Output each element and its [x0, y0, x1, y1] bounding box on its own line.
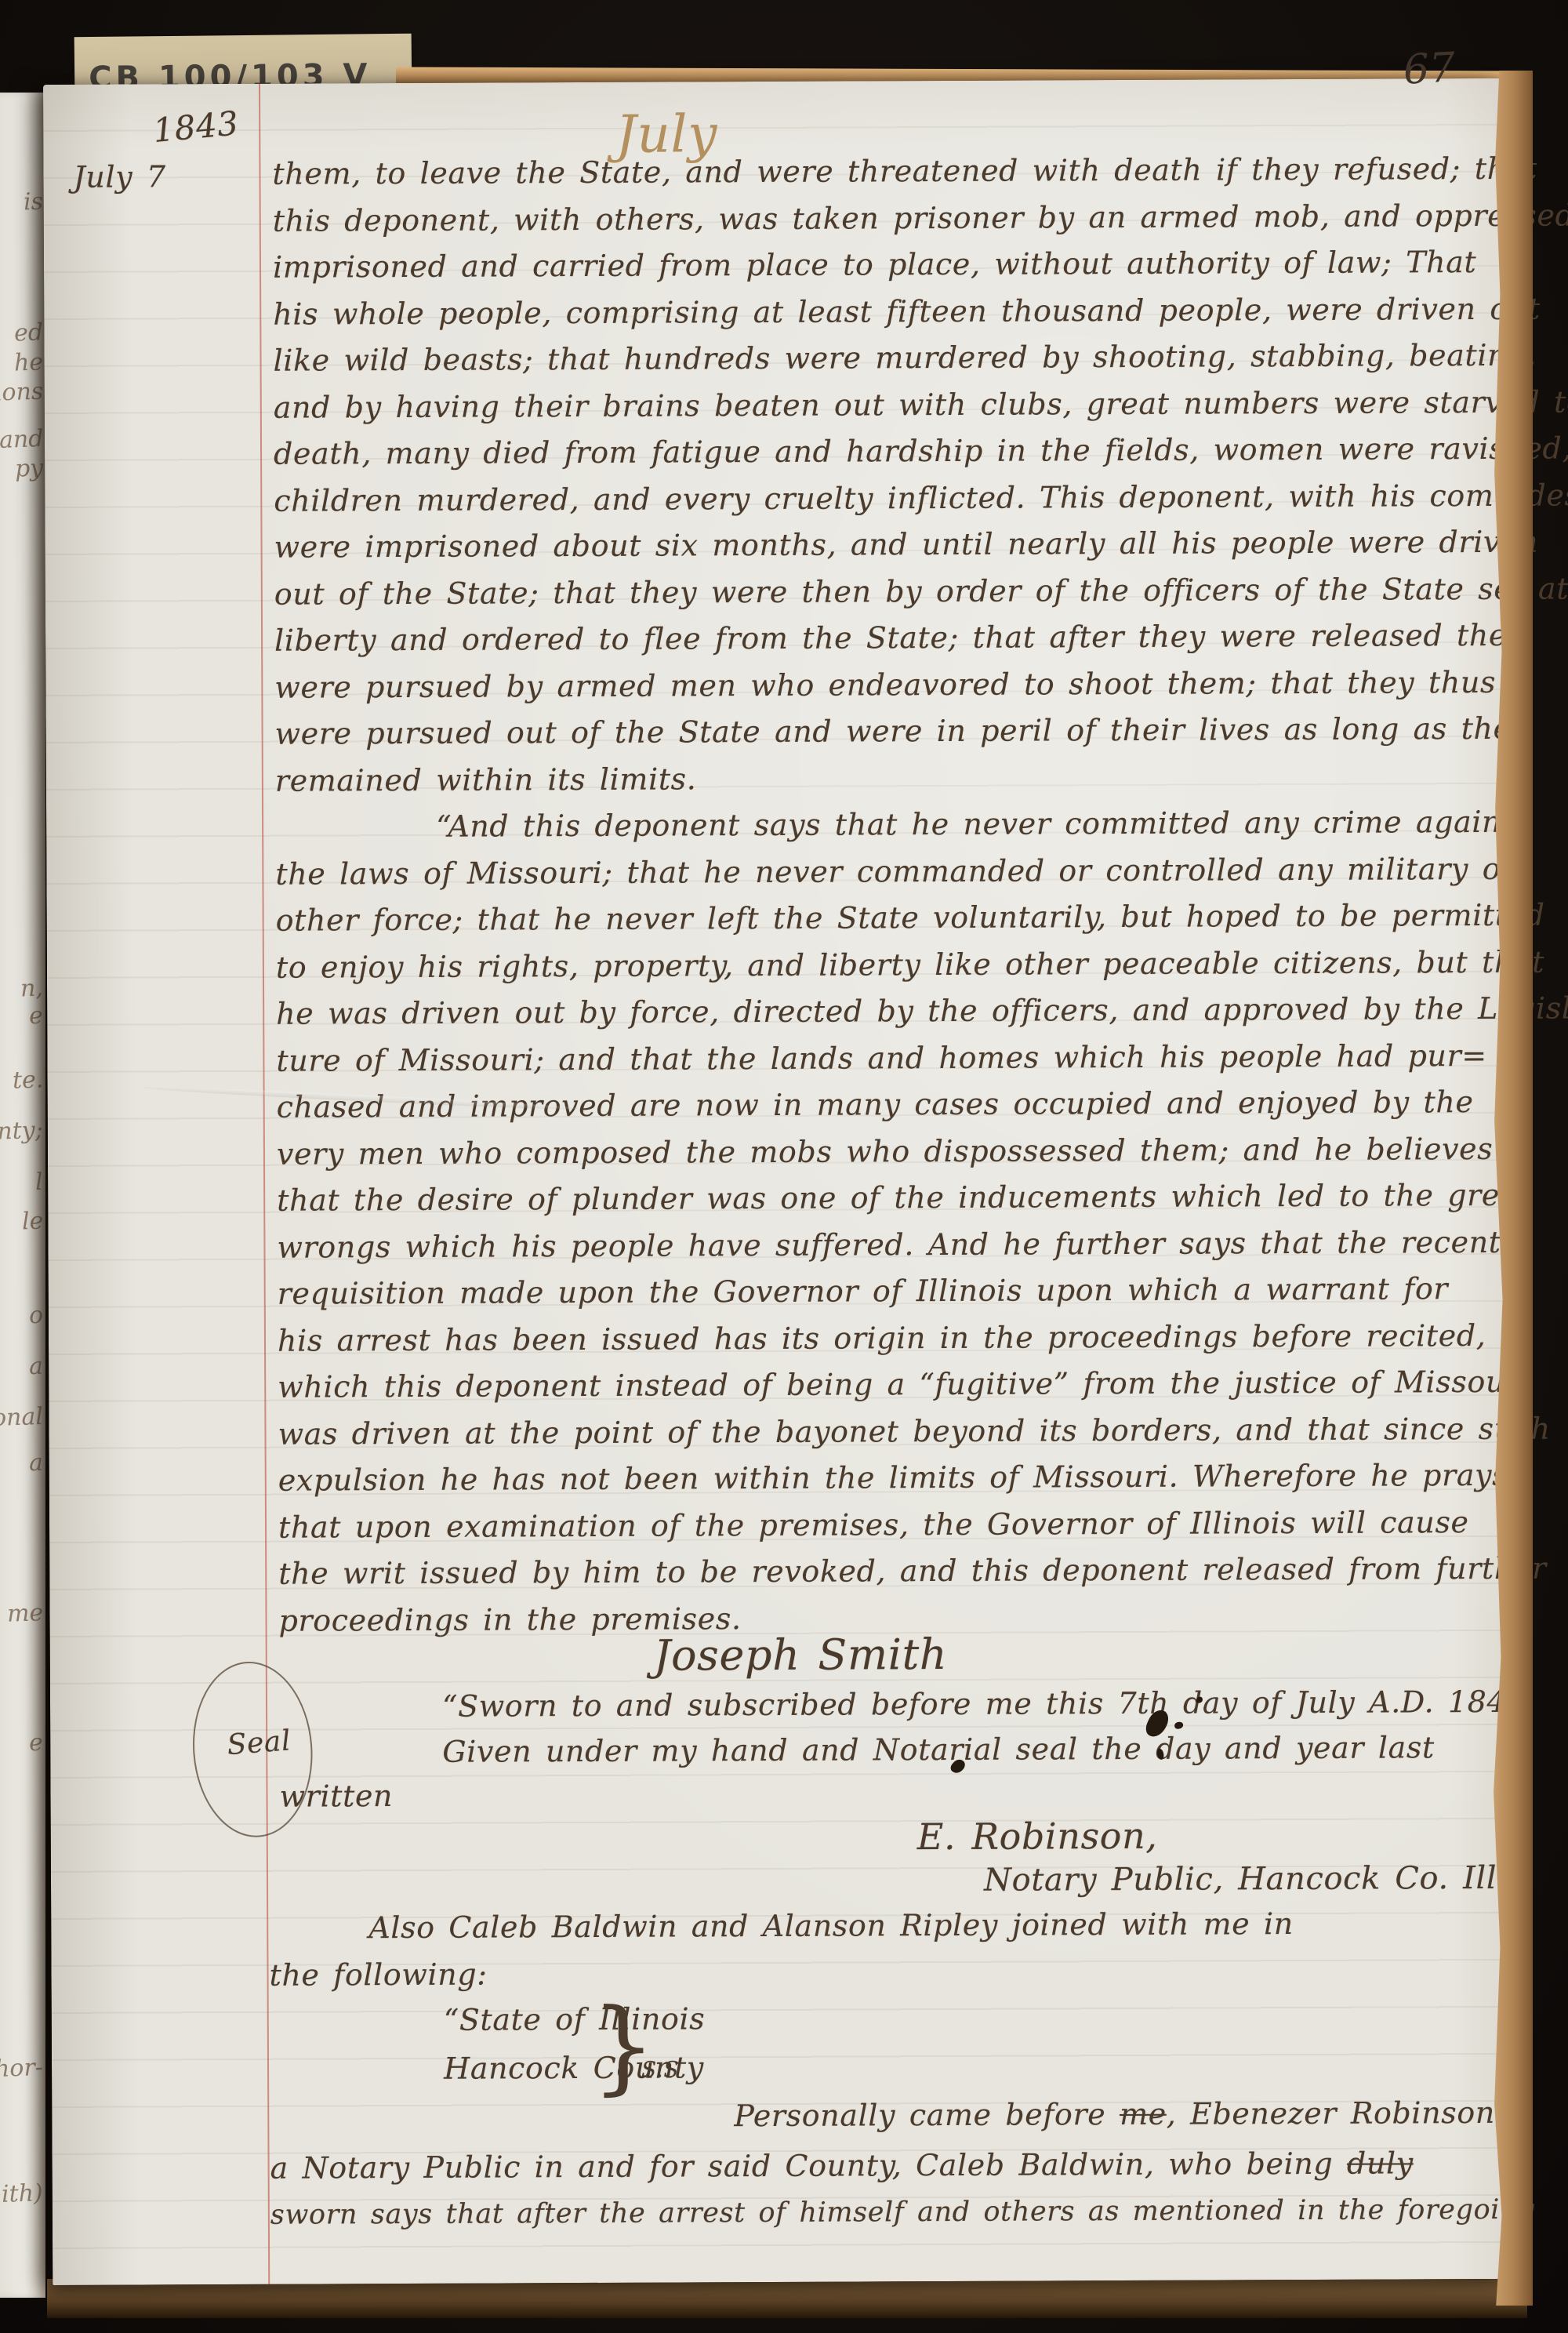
manuscript-line: were imprisoned about six months, and un… [274, 525, 1538, 565]
previous-page-fragment: me [6, 1599, 43, 1628]
manuscript-line: children murdered, and every cruelty inf… [274, 478, 1568, 518]
previous-page-fragment: a [29, 1353, 44, 1381]
previous-page-fragment: is [23, 188, 43, 216]
manuscript-line: wrongs which his people have suffered. A… [277, 1225, 1501, 1265]
manuscript-line: he was driven out by force, directed by … [276, 990, 1568, 1030]
manuscript-line: remained within its limits. [275, 761, 697, 798]
manuscript-line: was driven at the point of the bayonet b… [278, 1412, 1550, 1452]
manuscript-line: this deponent, with others, was taken pr… [273, 198, 1568, 238]
ink-blot [1174, 1722, 1183, 1729]
manuscript-line: imprisoned and carried from place to pla… [273, 245, 1476, 285]
previous-page-fragment: ith) [2, 2179, 44, 2208]
scanned-manuscript-page: isedhemonsandpyn,ete.unty;lleoaonalameeh… [0, 0, 1568, 2333]
previous-page-fragment: o [28, 1302, 43, 1330]
page-number: 67 [1402, 44, 1456, 93]
manuscript-line: E. Robinson, [917, 1815, 1158, 1858]
manuscript-line: to enjoy his rights, property, and liber… [276, 945, 1544, 985]
manuscript-line: liberty and ordered to flee from the Sta… [274, 618, 1524, 658]
struck-word: duly [1347, 2146, 1414, 2180]
manuscript-line: Joseph Smith [654, 1630, 948, 1681]
previous-page-fragment: e [29, 1729, 44, 1757]
manuscript-line: “And this deponent says that he never co… [436, 805, 1530, 844]
previous-page-fragment: py [14, 454, 43, 482]
manuscript-page: 1843 July 7 July them, to leave the Stat… [43, 78, 1512, 2285]
line-segment: Personally came before [734, 2097, 1120, 2133]
manuscript-line: that the desire of plunder was one of th… [277, 1178, 1530, 1218]
previous-page-fragment: n, [20, 975, 44, 1003]
manuscript-line: his arrest has been issued has its origi… [278, 1318, 1530, 1358]
struck-word: me [1120, 2097, 1167, 2131]
jurat-brace: } [591, 1986, 656, 2106]
manuscript-line: death, many died from fatigue and hardsh… [274, 431, 1568, 471]
previous-page-fragment: a [29, 1449, 44, 1477]
manuscript-line: Given under my hand and Notarial seal th… [442, 1730, 1435, 1769]
line-segment: , Ebenezer Robinson, [1167, 2095, 1505, 2131]
manuscript-line: which this deponent instead of being a “… [278, 1365, 1530, 1405]
previous-page-fragment: mons [0, 378, 44, 408]
manuscript-line: out of the State; that they were then by… [274, 572, 1568, 612]
manuscript-line: requisition made upon the Governor of Il… [278, 1271, 1449, 1311]
previous-page-fragment: le [21, 1208, 44, 1236]
seal-label: Seal [226, 1724, 292, 1761]
manuscript-line: his whole people, comprising at least fi… [273, 292, 1541, 332]
previous-page-fragment: e [29, 1002, 44, 1030]
previous-page-edge: isedhemonsandpyn,ete.unty;lleoaonalameeh… [0, 93, 45, 2298]
red-margin-rule [259, 84, 270, 2284]
manuscript-line: the following: [269, 1957, 487, 1993]
book-bottom-edge [47, 2279, 1527, 2318]
previous-page-fragment: he [13, 348, 43, 376]
manuscript-line: them, to leave the State, and were threa… [272, 151, 1537, 191]
manuscript-line: expulsion he has not been within the lim… [278, 1458, 1508, 1498]
manuscript-line: very men who composed the mobs who dispo… [277, 1132, 1494, 1172]
manuscript-line: “Sworn to and subscribed before me this … [442, 1684, 1536, 1724]
previous-page-fragment: and [0, 425, 44, 454]
manuscript-line: the writ issued by him to be revoked, an… [278, 1551, 1547, 1591]
manuscript-line: the laws of Missouri; that he never comm… [275, 852, 1515, 892]
manuscript-line: were pursued out of the State and were i… [275, 711, 1529, 751]
manuscript-line: “State of Illinois [444, 2001, 706, 2037]
previous-page-fragment: hor- [0, 2054, 44, 2083]
manuscript-line: sworn says that after the arrest of hims… [270, 2194, 1536, 2231]
manuscript-line: that upon examination of the premises, t… [278, 1505, 1469, 1545]
previous-page-fragment: ed [13, 318, 43, 347]
previous-page-fragment: unty; [0, 1117, 44, 1147]
notary-seal: Seal [187, 1658, 318, 1842]
manuscript-line: a Notary Public in and for said County, … [270, 2146, 1413, 2185]
manuscript-line: Notary Public, Hancock Co. Ill.” [984, 1860, 1524, 1899]
manuscript-line: Personally came before me, Ebenezer Robi… [734, 2095, 1504, 2133]
previous-page-fragment: l [35, 1168, 44, 1196]
jurat-ss-label: S.S [641, 2056, 679, 2082]
previous-page-fragment: onal [0, 1403, 44, 1432]
previous-page-fragment: te. [12, 1066, 44, 1094]
manuscript-line: and by having their brains beaten out wi… [274, 384, 1568, 424]
manuscript-line: like wild beasts; that hundreds were mur… [273, 338, 1536, 378]
line-segment: a Notary Public in and for said County, … [270, 2146, 1347, 2186]
margin-date: July 7 [73, 159, 165, 194]
manuscript-line: other force; that he never left the Stat… [276, 898, 1545, 938]
margin-year: 1843 [151, 104, 240, 150]
manuscript-line: ture of Missouri; and that the lands and… [276, 1038, 1487, 1078]
manuscript-line: Also Caleb Baldwin and Alanson Ripley jo… [368, 1906, 1294, 1945]
manuscript-line: were pursued by armed men who endeavored… [274, 665, 1496, 705]
